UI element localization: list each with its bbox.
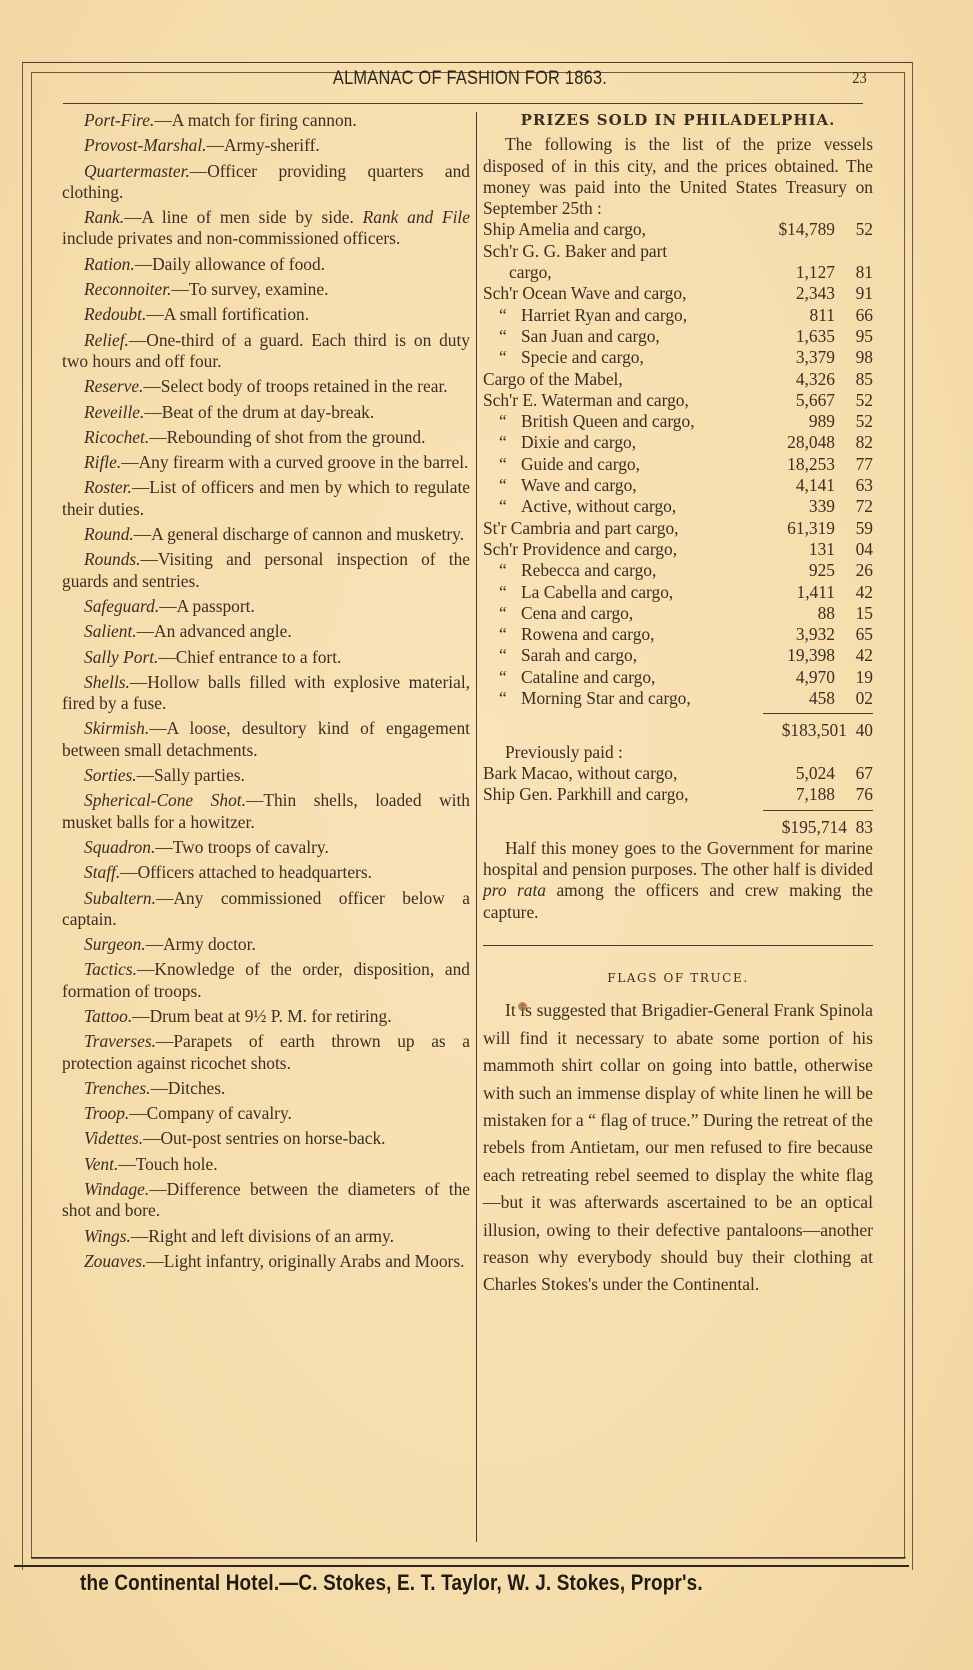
glossary-term: Vent. — [84, 1154, 118, 1174]
price-cents: 67 — [835, 763, 873, 784]
price-dollars: 4,970 — [749, 667, 835, 688]
ditto-mark: “ — [499, 305, 521, 326]
vessel-label: Bark Macao, without cargo, — [483, 763, 677, 783]
glossary-entry: Shells.—Hollow balls filled with explosi… — [62, 672, 470, 715]
glossary-definition: —A match for firing cannon. — [154, 110, 356, 130]
prize-row: “Harriet Ryan and cargo,81166 — [483, 305, 873, 326]
glossary-definition: —Army-sheriff. — [207, 135, 320, 155]
price-dollars: 989 — [749, 411, 835, 432]
prize-row: St'r Cambria and part cargo,61,31959 — [483, 518, 873, 539]
vessel-label: Wave and cargo, — [521, 475, 637, 495]
price-dollars — [749, 241, 835, 262]
glossary-term: Staff. — [84, 862, 120, 882]
footer-advert: the Continental Hotel.—C. Stokes, E. T. … — [80, 1570, 768, 1596]
glossary-entry: Rounds.—Visiting and personal inspection… — [62, 549, 470, 592]
glossary-definition: —Light infantry, originally Arabs and Mo… — [146, 1251, 464, 1271]
prize-row: “San Juan and cargo,1,63595 — [483, 326, 873, 347]
ditto-mark: “ — [499, 688, 521, 709]
glossary-term: Provost-Marshal. — [84, 135, 207, 155]
glossary-entry: Sorties.—Sally parties. — [62, 765, 470, 786]
vessel-name: St'r Cambria and part cargo, — [483, 518, 749, 539]
glossary-definition: —Touch hole. — [118, 1154, 217, 1174]
prizes-heading: PRIZES SOLD IN PHILADELPHIA. — [483, 110, 873, 131]
price-dollars: 88 — [749, 603, 835, 624]
page-title: ALMANAC OF FASHION FOR 1863. — [117, 68, 822, 90]
prize-row: Ship Gen. Parkhill and cargo,7,18876 — [483, 784, 873, 805]
glossary-entry: Roster.—List of officers and men by whic… — [62, 477, 470, 520]
glossary-entry: Spherical-Cone Shot.—Thin shells, loaded… — [62, 790, 470, 833]
glossary-entry: Tactics.—Knowledge of the order, disposi… — [62, 959, 470, 1002]
price-cents: 15 — [835, 603, 873, 624]
glossary-term: Tactics. — [84, 959, 137, 979]
glossary-entry: Reserve.—Select body of troops retained … — [62, 376, 470, 397]
glossary-entry: Round.—A general discharge of cannon and… — [62, 524, 470, 545]
glossary-entry: Port-Fire.—A match for firing cannon. — [62, 110, 470, 131]
glossary-entry: Rank.—A line of men side by side. Rank a… — [62, 207, 470, 250]
vessel-name: “Wave and cargo, — [483, 475, 749, 496]
glossary-definition: —Ditches. — [151, 1078, 226, 1098]
total-row: $195,714 83 — [483, 817, 873, 838]
glossary-term: Rounds. — [84, 549, 141, 569]
price-cents: 98 — [835, 347, 873, 368]
glossary-entry: Staff.—Officers attached to headquarters… — [62, 862, 470, 883]
glossary-term: Traverses. — [84, 1031, 156, 1051]
glossary-entry: Safeguard.—A passport. — [62, 596, 470, 617]
prize-row: Sch'r Providence and cargo,13104 — [483, 539, 873, 560]
price-dollars: 925 — [749, 560, 835, 581]
glossary-entry: Ration.—Daily allowance of food. — [62, 254, 470, 275]
glossary-definition: —Rebounding of shot from the ground. — [149, 427, 425, 447]
glossary-definition: —Any firearm with a curved groove in the… — [121, 452, 468, 472]
vessel-label: Ship Amelia and cargo, — [483, 219, 646, 239]
vessel-name: “Guide and cargo, — [483, 454, 749, 475]
glossary-entry: Trenches.—Ditches. — [62, 1078, 470, 1099]
price-dollars: 18,253 — [749, 454, 835, 475]
glossary-definition: —Company of cavalry. — [129, 1103, 292, 1123]
price-dollars: 1,127 — [749, 262, 835, 283]
glossary-definition: —A general discharge of cannon and muske… — [134, 524, 464, 544]
glossary-term: Quartermaster. — [84, 161, 190, 181]
glossary-definition: —Right and left divisions of an army. — [131, 1226, 394, 1246]
glossary-entry: Windage.—Difference between the diameter… — [62, 1179, 470, 1222]
ditto-mark: “ — [499, 347, 521, 368]
price-cents: 26 — [835, 560, 873, 581]
vessel-name: “Morning Star and cargo, — [483, 688, 749, 709]
glossary-definition: —Select body of troops retained in the r… — [143, 376, 447, 396]
subtotal-row: $183,501 40 — [483, 720, 873, 741]
vessel-label: Sarah and cargo, — [521, 645, 637, 665]
price-cents: 63 — [835, 475, 873, 496]
previous-table: Bark Macao, without cargo,5,02467Ship Ge… — [483, 763, 873, 806]
glossary-term: Zouaves. — [84, 1251, 146, 1271]
vessel-name: Bark Macao, without cargo, — [483, 763, 749, 784]
vessel-name: “Rowena and cargo, — [483, 624, 749, 645]
glossary-term: Surgeon. — [84, 934, 146, 954]
glossary-definition: —An advanced angle. — [137, 621, 292, 641]
prize-row: cargo,1,12781 — [483, 262, 873, 283]
price-dollars: 7,188 — [749, 784, 835, 805]
vessel-label: Rowena and cargo, — [521, 624, 654, 644]
prize-row: Ship Amelia and cargo,$14,78952 — [483, 219, 873, 240]
header-rule — [63, 103, 863, 104]
price-cents: 52 — [835, 411, 873, 432]
vessel-name: “La Cabella and cargo, — [483, 582, 749, 603]
vessel-name: Sch'r G. G. Baker and part — [483, 241, 749, 262]
vessel-label: La Cabella and cargo, — [521, 582, 673, 602]
prize-row: “Morning Star and cargo,45802 — [483, 688, 873, 709]
glossary-term: Windage. — [84, 1179, 149, 1199]
price-cents: 81 — [835, 262, 873, 283]
page-number: 23 — [852, 68, 866, 88]
vessel-name: Cargo of the Mabel, — [483, 369, 749, 390]
glossary-term: Round. — [84, 524, 134, 544]
subtotal-cents: 40 — [856, 720, 873, 740]
glossary-term: Sally Port. — [84, 647, 158, 667]
vessel-name: “Active, without cargo, — [483, 496, 749, 517]
glossary-entry: Ricochet.—Rebounding of shot from the gr… — [62, 427, 470, 448]
ditto-mark: “ — [499, 475, 521, 496]
frame-bottom-rule — [31, 1557, 906, 1558]
price-cents — [835, 241, 873, 262]
vessel-label: St'r Cambria and part cargo, — [483, 518, 679, 538]
right-column: PRIZES SOLD IN PHILADELPHIA. The followi… — [483, 110, 873, 1299]
vessel-label: San Juan and cargo, — [521, 326, 660, 346]
glossary-term: Shells. — [84, 672, 130, 692]
glossary-definition: —Sally parties. — [137, 765, 245, 785]
glossary-entry: Surgeon.—Army doctor. — [62, 934, 470, 955]
price-dollars: 19,398 — [749, 645, 835, 666]
glossary-term: Trenches. — [84, 1078, 151, 1098]
glossary-entry: Subaltern.—Any commissioned officer belo… — [62, 888, 470, 931]
vessel-label: Sch'r Ocean Wave and cargo, — [483, 283, 686, 303]
price-dollars: 3,379 — [749, 347, 835, 368]
glossary-term: Sorties. — [84, 765, 137, 785]
prizes-table: Ship Amelia and cargo,$14,78952Sch'r G. … — [483, 219, 873, 709]
total-dollars: $195,714 — [782, 817, 847, 837]
glossary-definition: include privates and non-commissioned of… — [62, 228, 400, 248]
glossary-term: Rank and File — [363, 207, 470, 227]
vessel-name: Sch'r Ocean Wave and cargo, — [483, 283, 749, 304]
vessel-label: Dixie and cargo, — [521, 432, 636, 452]
glossary-term: Squadron. — [84, 837, 155, 857]
prize-row: “Guide and cargo,18,25377 — [483, 454, 873, 475]
glossary-entry: Provost-Marshal.—Army-sheriff. — [62, 135, 470, 156]
glossary-entry: Tattoo.—Drum beat at 9½ P. M. for retiri… — [62, 1006, 470, 1027]
vessel-label: Sch'r E. Waterman and cargo, — [483, 390, 689, 410]
ditto-mark: “ — [499, 624, 521, 645]
glossary-column: Port-Fire.—A match for firing cannon.Pro… — [62, 110, 470, 1276]
vessel-name: “Specie and cargo, — [483, 347, 749, 368]
prize-row: Sch'r Ocean Wave and cargo,2,34391 — [483, 283, 873, 304]
prize-row: Bark Macao, without cargo,5,02467 — [483, 763, 873, 784]
vessel-label: Morning Star and cargo, — [521, 688, 691, 708]
flags-text: It is suggested that Brigadier-General F… — [483, 997, 873, 1298]
price-cents: 59 — [835, 518, 873, 539]
glossary-term: Rank. — [84, 207, 124, 227]
glossary-entry: Reconnoiter.—To survey, examine. — [62, 279, 470, 300]
glossary-term: Rifle. — [84, 452, 121, 472]
prize-row: “Specie and cargo,3,37998 — [483, 347, 873, 368]
glossary-entry: Videttes.—Out-post sentries on horse-bac… — [62, 1128, 470, 1149]
glossary-term: Salient. — [84, 621, 137, 641]
price-dollars: 811 — [749, 305, 835, 326]
price-dollars: 131 — [749, 539, 835, 560]
prize-row: “Rowena and cargo,3,93265 — [483, 624, 873, 645]
glossary-term: Tattoo. — [84, 1006, 132, 1026]
glossary-definition: —Out-post sentries on horse-back. — [143, 1128, 385, 1148]
price-dollars: 339 — [749, 496, 835, 517]
prize-row: “Sarah and cargo,19,39842 — [483, 645, 873, 666]
paper-stain — [518, 1002, 527, 1011]
glossary-entry: Relief.—One-third of a guard. Each third… — [62, 330, 470, 373]
vessel-label: Ship Gen. Parkhill and cargo, — [483, 784, 688, 804]
vessel-label: Specie and cargo, — [521, 347, 644, 367]
glossary-entry: Salient.—An advanced angle. — [62, 621, 470, 642]
section-divider — [483, 945, 873, 946]
price-dollars: 28,048 — [749, 432, 835, 453]
glossary-term: Troop. — [84, 1103, 129, 1123]
vessel-name: “Sarah and cargo, — [483, 645, 749, 666]
glossary-term: Videttes. — [84, 1128, 143, 1148]
price-cents: 52 — [835, 390, 873, 411]
glossary-definition: —Chief entrance to a fort. — [158, 647, 341, 667]
vessel-label: Cargo of the Mabel, — [483, 369, 623, 389]
ditto-mark: “ — [499, 454, 521, 475]
vessel-name: “Harriet Ryan and cargo, — [483, 305, 749, 326]
price-cents: 02 — [835, 688, 873, 709]
prizes-note: Half this money goes to the Government f… — [483, 838, 873, 923]
vessel-name: “Cena and cargo, — [483, 603, 749, 624]
ditto-mark: “ — [499, 411, 521, 432]
price-cents: 65 — [835, 624, 873, 645]
prize-row: “Active, without cargo,33972 — [483, 496, 873, 517]
glossary-term: Redoubt. — [84, 304, 146, 324]
glossary-entry: Quartermaster.—Officer providing quarter… — [62, 161, 470, 204]
vessel-label: Active, without cargo, — [521, 496, 676, 516]
glossary-entry: Traverses.—Parapets of earth thrown up a… — [62, 1031, 470, 1074]
vessel-label: Guide and cargo, — [521, 454, 640, 474]
vessel-label: Sch'r G. G. Baker and part — [483, 241, 667, 261]
price-dollars: 458 — [749, 688, 835, 709]
glossary-term: Subaltern. — [84, 888, 156, 908]
glossary-term: Skirmish. — [84, 718, 149, 738]
vessel-name: cargo, — [483, 262, 749, 283]
total-rule — [763, 810, 873, 811]
price-dollars: 2,343 — [749, 283, 835, 304]
vessel-label: cargo, — [509, 262, 552, 282]
price-cents: 66 — [835, 305, 873, 326]
glossary-entry: Zouaves.—Light infantry, originally Arab… — [62, 1251, 470, 1272]
price-cents: 95 — [835, 326, 873, 347]
subtotal-rule — [763, 713, 873, 714]
glossary-entry: Vent.—Touch hole. — [62, 1154, 470, 1175]
total-cents: 83 — [856, 817, 873, 837]
glossary-entry: Troop.—Company of cavalry. — [62, 1103, 470, 1124]
prize-row: “La Cabella and cargo,1,41142 — [483, 582, 873, 603]
price-cents: 77 — [835, 454, 873, 475]
prize-row: “Cataline and cargo,4,97019 — [483, 667, 873, 688]
ditto-mark: “ — [499, 326, 521, 347]
vessel-name: Ship Gen. Parkhill and cargo, — [483, 784, 749, 805]
price-dollars: 1,635 — [749, 326, 835, 347]
price-cents: 72 — [835, 496, 873, 517]
glossary-term: Ration. — [84, 254, 135, 274]
prize-row: Cargo of the Mabel,4,32685 — [483, 369, 873, 390]
ditto-mark: “ — [499, 560, 521, 581]
vessel-name: Sch'r E. Waterman and cargo, — [483, 390, 749, 411]
glossary-entry: Sally Port.—Chief entrance to a fort. — [62, 647, 470, 668]
glossary-definition: —Drum beat at 9½ P. M. for retiring. — [132, 1006, 391, 1026]
glossary-term: Spherical-Cone Shot. — [84, 790, 246, 810]
vessel-label: Cataline and cargo, — [521, 667, 655, 687]
glossary-term: Port-Fire. — [84, 110, 154, 130]
price-cents: 82 — [835, 432, 873, 453]
prize-row: “Rebecca and cargo,92526 — [483, 560, 873, 581]
note-text: Half this money goes to the Government f… — [483, 838, 873, 879]
price-cents: 42 — [835, 582, 873, 603]
glossary-entry: Redoubt.—A small fortification. — [62, 304, 470, 325]
glossary-entry: Squadron.—Two troops of cavalry. — [62, 837, 470, 858]
glossary-definition: —Daily allowance of food. — [135, 254, 325, 274]
vessel-name: “Rebecca and cargo, — [483, 560, 749, 581]
vessel-label: Sch'r Providence and cargo, — [483, 539, 677, 559]
price-cents: 76 — [835, 784, 873, 805]
price-dollars: 5,024 — [749, 763, 835, 784]
glossary-definition: —A passport. — [159, 596, 255, 616]
ditto-mark: “ — [499, 582, 521, 603]
subtotal-dollars: $183,501 — [782, 720, 847, 740]
prize-row: “Wave and cargo,4,14163 — [483, 475, 873, 496]
glossary-term: Safeguard. — [84, 596, 159, 616]
page-header: ALMANAC OF FASHION FOR 1863. 23 — [60, 68, 880, 98]
ditto-mark: “ — [499, 603, 521, 624]
ditto-mark: “ — [499, 432, 521, 453]
previously-paid-label: Previously paid : — [483, 742, 873, 763]
ditto-mark: “ — [499, 496, 521, 517]
vessel-label: Cena and cargo, — [521, 603, 633, 623]
price-cents: 04 — [835, 539, 873, 560]
price-cents: 19 — [835, 667, 873, 688]
glossary-term: Ricochet. — [84, 427, 149, 447]
glossary-entry: Reveille.—Beat of the drum at day-break. — [62, 402, 470, 423]
glossary-definition: —Officers attached to headquarters. — [120, 862, 372, 882]
price-dollars: 5,667 — [749, 390, 835, 411]
glossary-term: Roster. — [84, 477, 132, 497]
vessel-name: Sch'r Providence and cargo, — [483, 539, 749, 560]
frame-bottom-rule-outer — [14, 1565, 909, 1567]
price-cents: 85 — [835, 369, 873, 390]
glossary-entry: Skirmish.—A loose, desultory kind of eng… — [62, 718, 470, 761]
vessel-label: British Queen and cargo, — [521, 411, 695, 431]
glossary-definition: —Army doctor. — [146, 934, 256, 954]
vessel-label: Harriet Ryan and cargo, — [521, 305, 687, 325]
note-italic: pro rata — [483, 880, 546, 900]
prize-row: Sch'r G. G. Baker and part — [483, 241, 873, 262]
vessel-name: “San Juan and cargo, — [483, 326, 749, 347]
price-dollars: 4,141 — [749, 475, 835, 496]
price-cents: 91 — [835, 283, 873, 304]
price-dollars: 3,932 — [749, 624, 835, 645]
glossary-term: Reconnoiter. — [84, 279, 171, 299]
vessel-name: “Cataline and cargo, — [483, 667, 749, 688]
prizes-intro: The following is the list of the prize v… — [483, 134, 873, 219]
prize-row: “Dixie and cargo,28,04882 — [483, 432, 873, 453]
ditto-mark: “ — [499, 667, 521, 688]
vessel-label: Rebecca and cargo, — [521, 560, 656, 580]
price-dollars: 4,326 — [749, 369, 835, 390]
glossary-term: Reserve. — [84, 376, 143, 396]
price-dollars: 1,411 — [749, 582, 835, 603]
glossary-definition: —Two troops of cavalry. — [155, 837, 328, 857]
glossary-entry: Rifle.—Any firearm with a curved groove … — [62, 452, 470, 473]
price-dollars: 61,319 — [749, 518, 835, 539]
price-dollars: $14,789 — [749, 219, 835, 240]
glossary-entry: Wings.—Right and left divisions of an ar… — [62, 1226, 470, 1247]
glossary-definition: —To survey, examine. — [171, 279, 328, 299]
ditto-mark: “ — [499, 645, 521, 666]
price-cents: 52 — [835, 219, 873, 240]
glossary-definition: —A line of men side by side. — [124, 207, 354, 227]
glossary-term: Reveille. — [84, 402, 144, 422]
glossary-definition: —Beat of the drum at day-break. — [144, 402, 374, 422]
glossary-term: Relief. — [84, 330, 129, 350]
vessel-name: “Dixie and cargo, — [483, 432, 749, 453]
flags-heading: FLAGS OF TRUCE. — [483, 968, 873, 989]
vessel-name: “British Queen and cargo, — [483, 411, 749, 432]
prize-row: Sch'r E. Waterman and cargo,5,66752 — [483, 390, 873, 411]
vessel-name: Ship Amelia and cargo, — [483, 219, 749, 240]
price-cents: 42 — [835, 645, 873, 666]
prize-row: “Cena and cargo,8815 — [483, 603, 873, 624]
glossary-term: Wings. — [84, 1226, 131, 1246]
glossary-definition: —A small fortification. — [146, 304, 309, 324]
prize-row: “British Queen and cargo,98952 — [483, 411, 873, 432]
column-divider — [476, 112, 477, 1542]
